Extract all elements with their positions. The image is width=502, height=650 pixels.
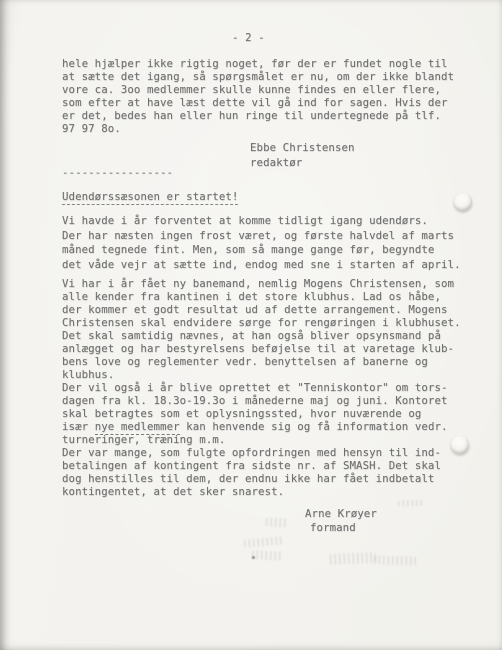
chairman-name: Arne Krøyer [305, 507, 377, 521]
chairman-signature: Arne Krøyerformand [305, 507, 377, 534]
section-heading-text: Udendørssæsonen er startet! [62, 190, 238, 205]
intro-paragraph: hele hjælper ikke rigtig noget, før der … [62, 57, 454, 135]
editor-title: redaktør [250, 156, 355, 171]
pencil-smudge [266, 517, 287, 527]
body-text-before: Vi har i år fået ny banemand, nemlig Mog… [62, 277, 461, 433]
section-heading: Udendørssæsonen er startet! [62, 190, 238, 203]
pencil-smudge [330, 552, 377, 565]
pencil-smudge [398, 500, 424, 507]
embossed-paper-dot [454, 193, 472, 211]
pencil-smudge [252, 550, 282, 561]
ink-speck [252, 556, 255, 559]
editor-name: Ebbe Christensen [250, 141, 355, 156]
main-body-paragraphs: Vi har i år fået ny banemand, nemlig Mog… [62, 277, 461, 498]
dashed-separator: ----------------- [62, 166, 173, 179]
scanned-page: - 2 - hele hjælper ikke rigtig noget, fø… [0, 0, 502, 650]
chairman-title: formand [310, 521, 377, 535]
editor-signature: Ebbe Christensenredaktør [250, 141, 355, 170]
embossed-paper-dot [451, 436, 469, 454]
weather-paragraph: Vi havde i år forventet at komme tidligt… [62, 214, 461, 272]
pencil-smudge [244, 536, 285, 547]
pencil-smudge [374, 555, 416, 565]
page-number: - 2 - [232, 31, 265, 44]
